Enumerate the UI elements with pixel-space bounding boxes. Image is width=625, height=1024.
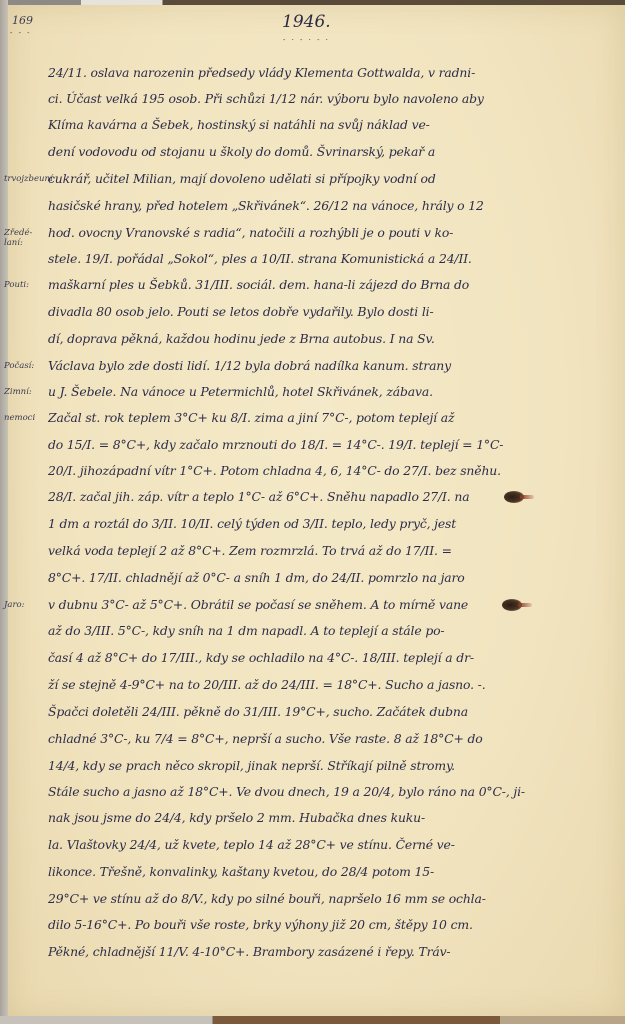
text-line: ci. Účast velká 195 osob. Při schůzi 1/1… bbox=[48, 90, 588, 108]
text-line: likonce. Třešně, konvalinky, kaštany kve… bbox=[48, 863, 588, 881]
margin-note: nemoci bbox=[4, 413, 46, 423]
margin-note: Počasí: bbox=[4, 361, 46, 371]
text-line: časí 4 až 8°C+ do 17/III., kdy se ochlad… bbox=[48, 649, 588, 667]
scan-left-edge bbox=[0, 0, 8, 1024]
text-line: dí, doprava pěkná, každou hodinu jede z … bbox=[48, 330, 588, 348]
margin-note: Zimní: bbox=[4, 387, 46, 397]
text-line: ží se stejně 4-9°C+ na to 20/III. až do … bbox=[48, 676, 588, 694]
text-line: 1 dm a roztál do 3/II. 10/II. celý týden… bbox=[48, 515, 588, 533]
page-number-underline: - - - bbox=[10, 29, 32, 37]
text-line: v dubnu 3°C- až 5°C+. Obrátil se počasí … bbox=[48, 596, 588, 614]
text-line: až do 3/III. 5°C-, kdy sníh na 1 dm napa… bbox=[48, 622, 588, 640]
text-line: 24/11. oslava narozenin předsedy vlády K… bbox=[48, 64, 588, 82]
text-line: Stále sucho a jasno až 18°C+. Ve dvou dn… bbox=[48, 783, 588, 801]
text-line: nak jsou jsme do 24/4, kdy pršelo 2 mm. … bbox=[48, 809, 588, 827]
text-line: 14/4, kdy se prach něco skropil, jinak n… bbox=[48, 757, 588, 775]
margin-note: trvojzbeuní bbox=[4, 174, 46, 184]
year-heading: 1946. bbox=[282, 12, 331, 32]
text-line: la. Vlaštovky 24/4, už kvete, teplo 14 a… bbox=[48, 836, 588, 854]
text-line: Špačci doletěli 24/III. pěkně do 31/III.… bbox=[48, 703, 588, 721]
text-line: Začal st. rok teplem 3°C+ ku 8/I. zima a… bbox=[48, 409, 588, 427]
margin-note: Pouti: bbox=[4, 280, 46, 290]
margin-note: Jaro: bbox=[4, 600, 46, 610]
scan-bottom-edge bbox=[0, 1016, 625, 1024]
text-line: 8°C+. 17/II. chladnějí až 0°C- a sníh 1 … bbox=[48, 569, 588, 587]
page-number: 169 bbox=[12, 14, 33, 27]
text-line: maškarní ples u Šebků. 31/III. sociál. d… bbox=[48, 276, 588, 294]
text-line: hod. ovocny Vranovské s radia“, natočili… bbox=[48, 224, 588, 242]
text-line: hasičské hrany, před hotelem „Skřivánek“… bbox=[48, 197, 588, 215]
year-heading-underline: - · - · - · bbox=[283, 36, 330, 44]
text-line: Pěkné, chladnější 11/V. 4-10°C+. Brambor… bbox=[48, 943, 588, 961]
text-line: 20/I. jihozápadní vítr 1°C+. Potom chlad… bbox=[48, 462, 588, 480]
text-line: velká voda teplejí 2 až 8°C+. Zem rozmrz… bbox=[48, 542, 588, 560]
text-line: u J. Šebele. Na vánoce u Petermichlů, ho… bbox=[48, 383, 588, 401]
text-line: divadla 80 osob jelo. Pouti se letos dob… bbox=[48, 303, 588, 321]
text-line: stele. 19/I. pořádal „Sokol“, ples a 10/… bbox=[48, 250, 588, 268]
text-line: Klíma kavárna a Šebek, hostinský si natá… bbox=[48, 116, 588, 134]
text-line: 29°C+ ve stínu až do 8/V., kdy po silné … bbox=[48, 890, 588, 908]
text-line: dilo 5-16°C+. Po bouři vše roste, brky v… bbox=[48, 916, 588, 934]
text-line: cukrář, učitel Milian, mají dovoleno udě… bbox=[48, 170, 588, 188]
text-line: 28/I. začal jih. záp. vítr a teplo 1°C- … bbox=[48, 488, 588, 506]
text-line: do 15/I. = 8°C+, kdy začalo mrznouti do … bbox=[48, 436, 588, 454]
text-line: chladné 3°C-, ku 7/4 = 8°C+, neprší a su… bbox=[48, 730, 588, 748]
text-line: Václava bylo zde dosti lidí. 1/12 byla d… bbox=[48, 357, 588, 375]
text-line: dení vodovodu od stojanu u školy do domů… bbox=[48, 143, 588, 161]
margin-note: Zředé- laní: bbox=[4, 228, 46, 248]
